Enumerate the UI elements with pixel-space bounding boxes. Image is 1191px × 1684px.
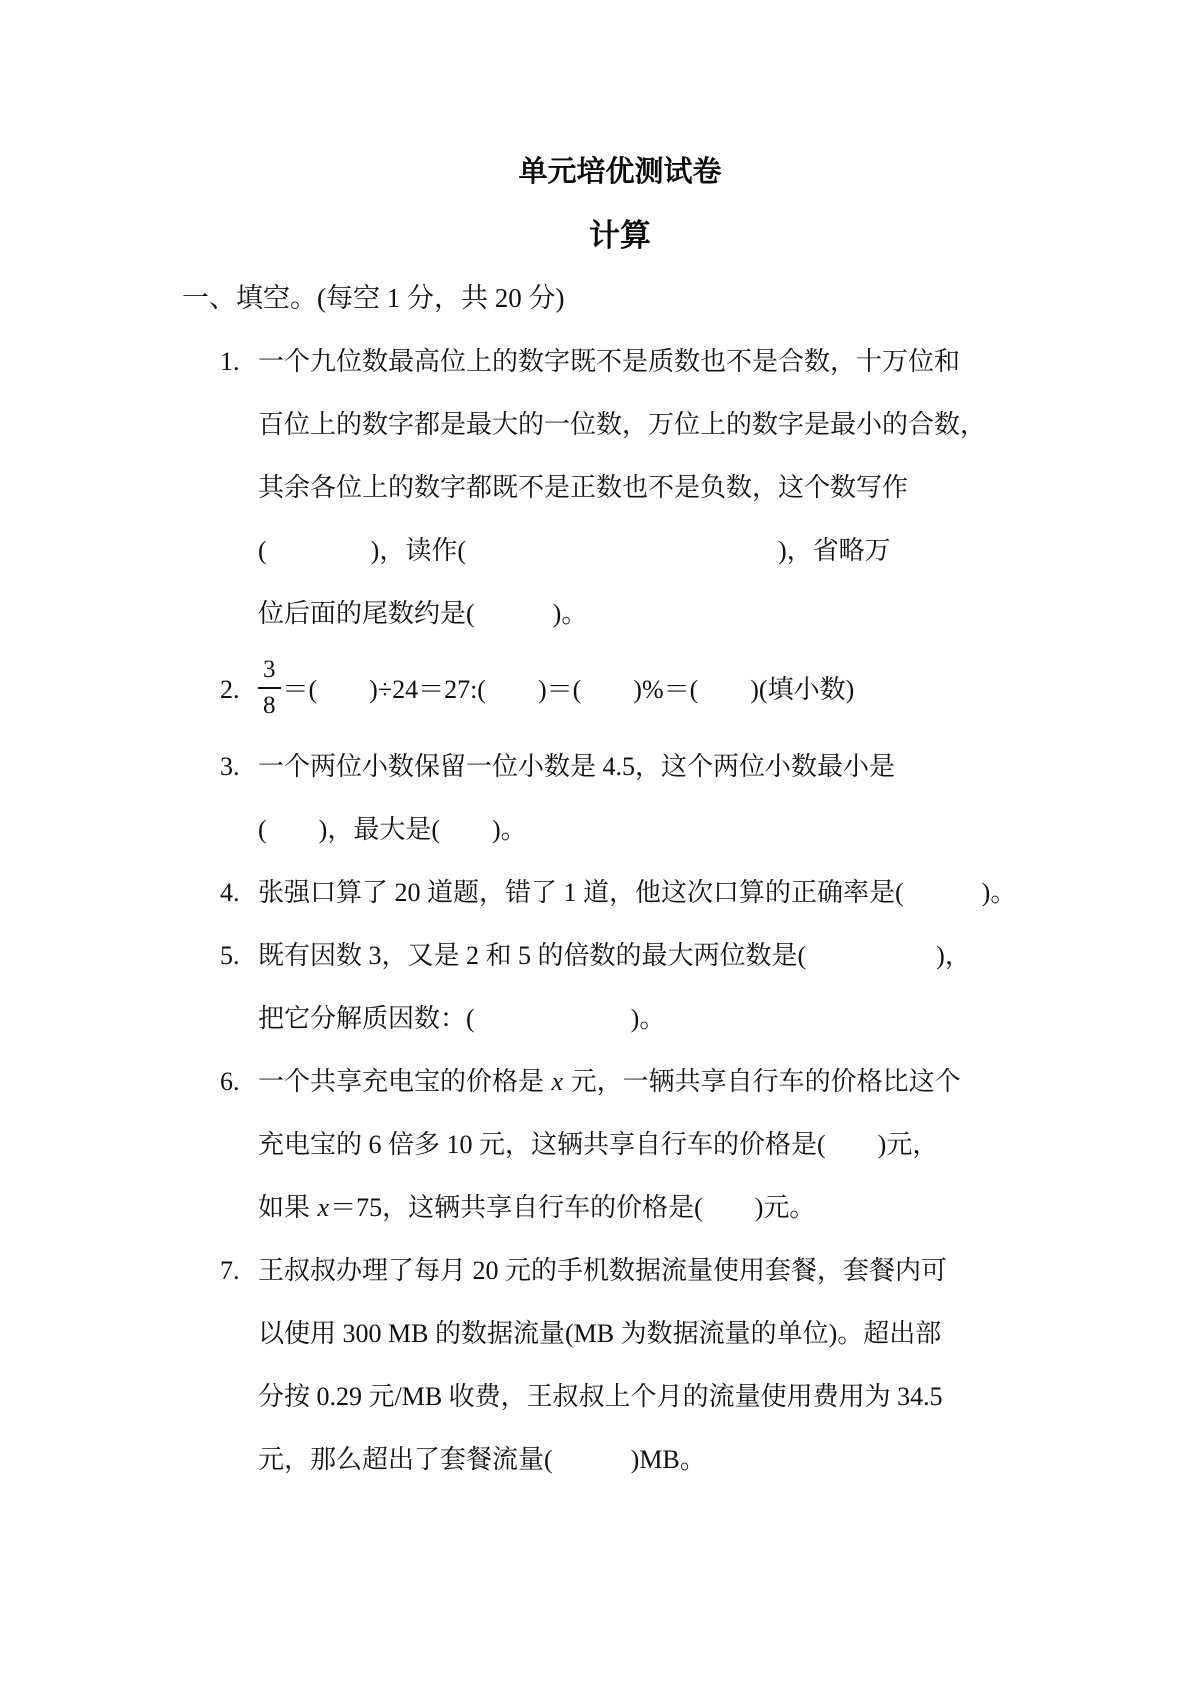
question-line-blanks: 把它分解质因数：( )。 <box>0 987 1191 1050</box>
question-line: 5.既有因数 3，又是 2 和 5 的倍数的最大两位数是( )， <box>0 924 1191 987</box>
question-4: 4.张强口算了 20 道题，错了 1 道，他这次口算的正确率是( )。 <box>0 861 1191 924</box>
question-text: ＝( )÷24＝27:( )＝( )%＝( )(填小数) <box>283 675 855 704</box>
variable-x: x <box>317 1193 331 1222</box>
question-2: 2.38＝( )÷24＝27:( )＝( )%＝( )(填小数) <box>0 645 1191 735</box>
fraction-denominator: 8 <box>258 689 281 723</box>
question-line: 分按 0.29 元/MB 收费，王叔叔上个月的流量使用费用为 34.5 <box>0 1365 1191 1428</box>
question-line: 充电宝的 6 倍多 10 元，这辆共享自行车的价格是( )元， <box>0 1113 1191 1176</box>
question-line-blanks: 位后面的尾数约是( )。 <box>0 582 1191 645</box>
question-line-blanks: ( )，读作( )，省略万 <box>0 519 1191 582</box>
doc-subtitle: 计算 <box>180 204 1060 267</box>
question-text: 张强口算了 20 道题，错了 1 道，他这次口算的正确率是( )。 <box>258 878 1016 907</box>
fraction: 38 <box>258 653 281 723</box>
question-line: 2.38＝( )÷24＝27:( )＝( )%＝( )(填小数) <box>0 645 1191 735</box>
doc-title: 单元培优测试卷 <box>180 141 1060 204</box>
question-text: ＝75，这辆共享自行车的价格是( )元。 <box>330 1193 815 1222</box>
question-text: 王叔叔办理了每月 20 元的手机数据流量使用套餐，套餐内可 <box>258 1256 947 1285</box>
question-number: 2. <box>220 645 258 735</box>
question-1: 1.一个九位数最高位上的数字既不是质数也不是合数，十万位和 百位上的数字都是最大… <box>0 330 1191 645</box>
question-6: 6.一个共享充电宝的价格是 x 元，一辆共享自行车的价格比这个 充电宝的 6 倍… <box>0 1050 1191 1239</box>
question-5: 5.既有因数 3，又是 2 和 5 的倍数的最大两位数是( )， 把它分解质因数… <box>0 924 1191 1050</box>
question-line: 其余各位上的数字都既不是正数也不是负数，这个数写作 <box>0 456 1191 519</box>
question-text: 一个共享充电宝的价格是 <box>258 1067 551 1096</box>
question-number: 6. <box>220 1050 258 1113</box>
question-number: 7. <box>220 1239 258 1302</box>
question-line: 7.王叔叔办理了每月 20 元的手机数据流量使用套餐，套餐内可 <box>0 1239 1191 1302</box>
question-text: 如果 <box>258 1193 317 1222</box>
question-number: 4. <box>220 861 258 924</box>
question-line: 如果 x＝75，这辆共享自行车的价格是( )元。 <box>0 1176 1191 1239</box>
question-line: 4.张强口算了 20 道题，错了 1 道，他这次口算的正确率是( )。 <box>0 861 1191 924</box>
question-number: 3. <box>220 735 258 798</box>
question-line-blanks: 元，那么超出了套餐流量( )MB。 <box>0 1428 1191 1491</box>
test-paper-page: 单元培优测试卷 计算 一、填空。(每空 1 分，共 20 分) 1.一个九位数最… <box>0 0 1191 1684</box>
fraction-numerator: 3 <box>258 653 281 689</box>
question-line-blanks: ( )，最大是( )。 <box>0 798 1191 861</box>
question-number: 5. <box>220 924 258 987</box>
section-heading: 一、填空。(每空 1 分，共 20 分) <box>0 267 1191 330</box>
question-line: 6.一个共享充电宝的价格是 x 元，一辆共享自行车的价格比这个 <box>0 1050 1191 1113</box>
question-text: 一个九位数最高位上的数字既不是质数也不是合数，十万位和 <box>258 347 960 376</box>
question-line: 以使用 300 MB 的数据流量(MB 为数据流量的单位)。超出部 <box>0 1302 1191 1365</box>
question-text: 一个两位小数保留一位小数是 4.5，这个两位小数最小是 <box>258 752 895 781</box>
question-line: 3.一个两位小数保留一位小数是 4.5，这个两位小数最小是 <box>0 735 1191 798</box>
question-7: 7.王叔叔办理了每月 20 元的手机数据流量使用套餐，套餐内可 以使用 300 … <box>0 1239 1191 1491</box>
question-line: 百位上的数字都是最大的一位数，万位上的数字是最小的合数， <box>0 393 1191 456</box>
question-number: 1. <box>220 330 258 393</box>
question-text: 既有因数 3，又是 2 和 5 的倍数的最大两位数是( )， <box>258 941 971 970</box>
question-line: 1.一个九位数最高位上的数字既不是质数也不是合数，十万位和 <box>0 330 1191 393</box>
variable-x: x <box>551 1067 565 1096</box>
question-text: 元，一辆共享自行车的价格比这个 <box>564 1067 961 1096</box>
question-3: 3.一个两位小数保留一位小数是 4.5，这个两位小数最小是 ( )，最大是( )… <box>0 735 1191 861</box>
